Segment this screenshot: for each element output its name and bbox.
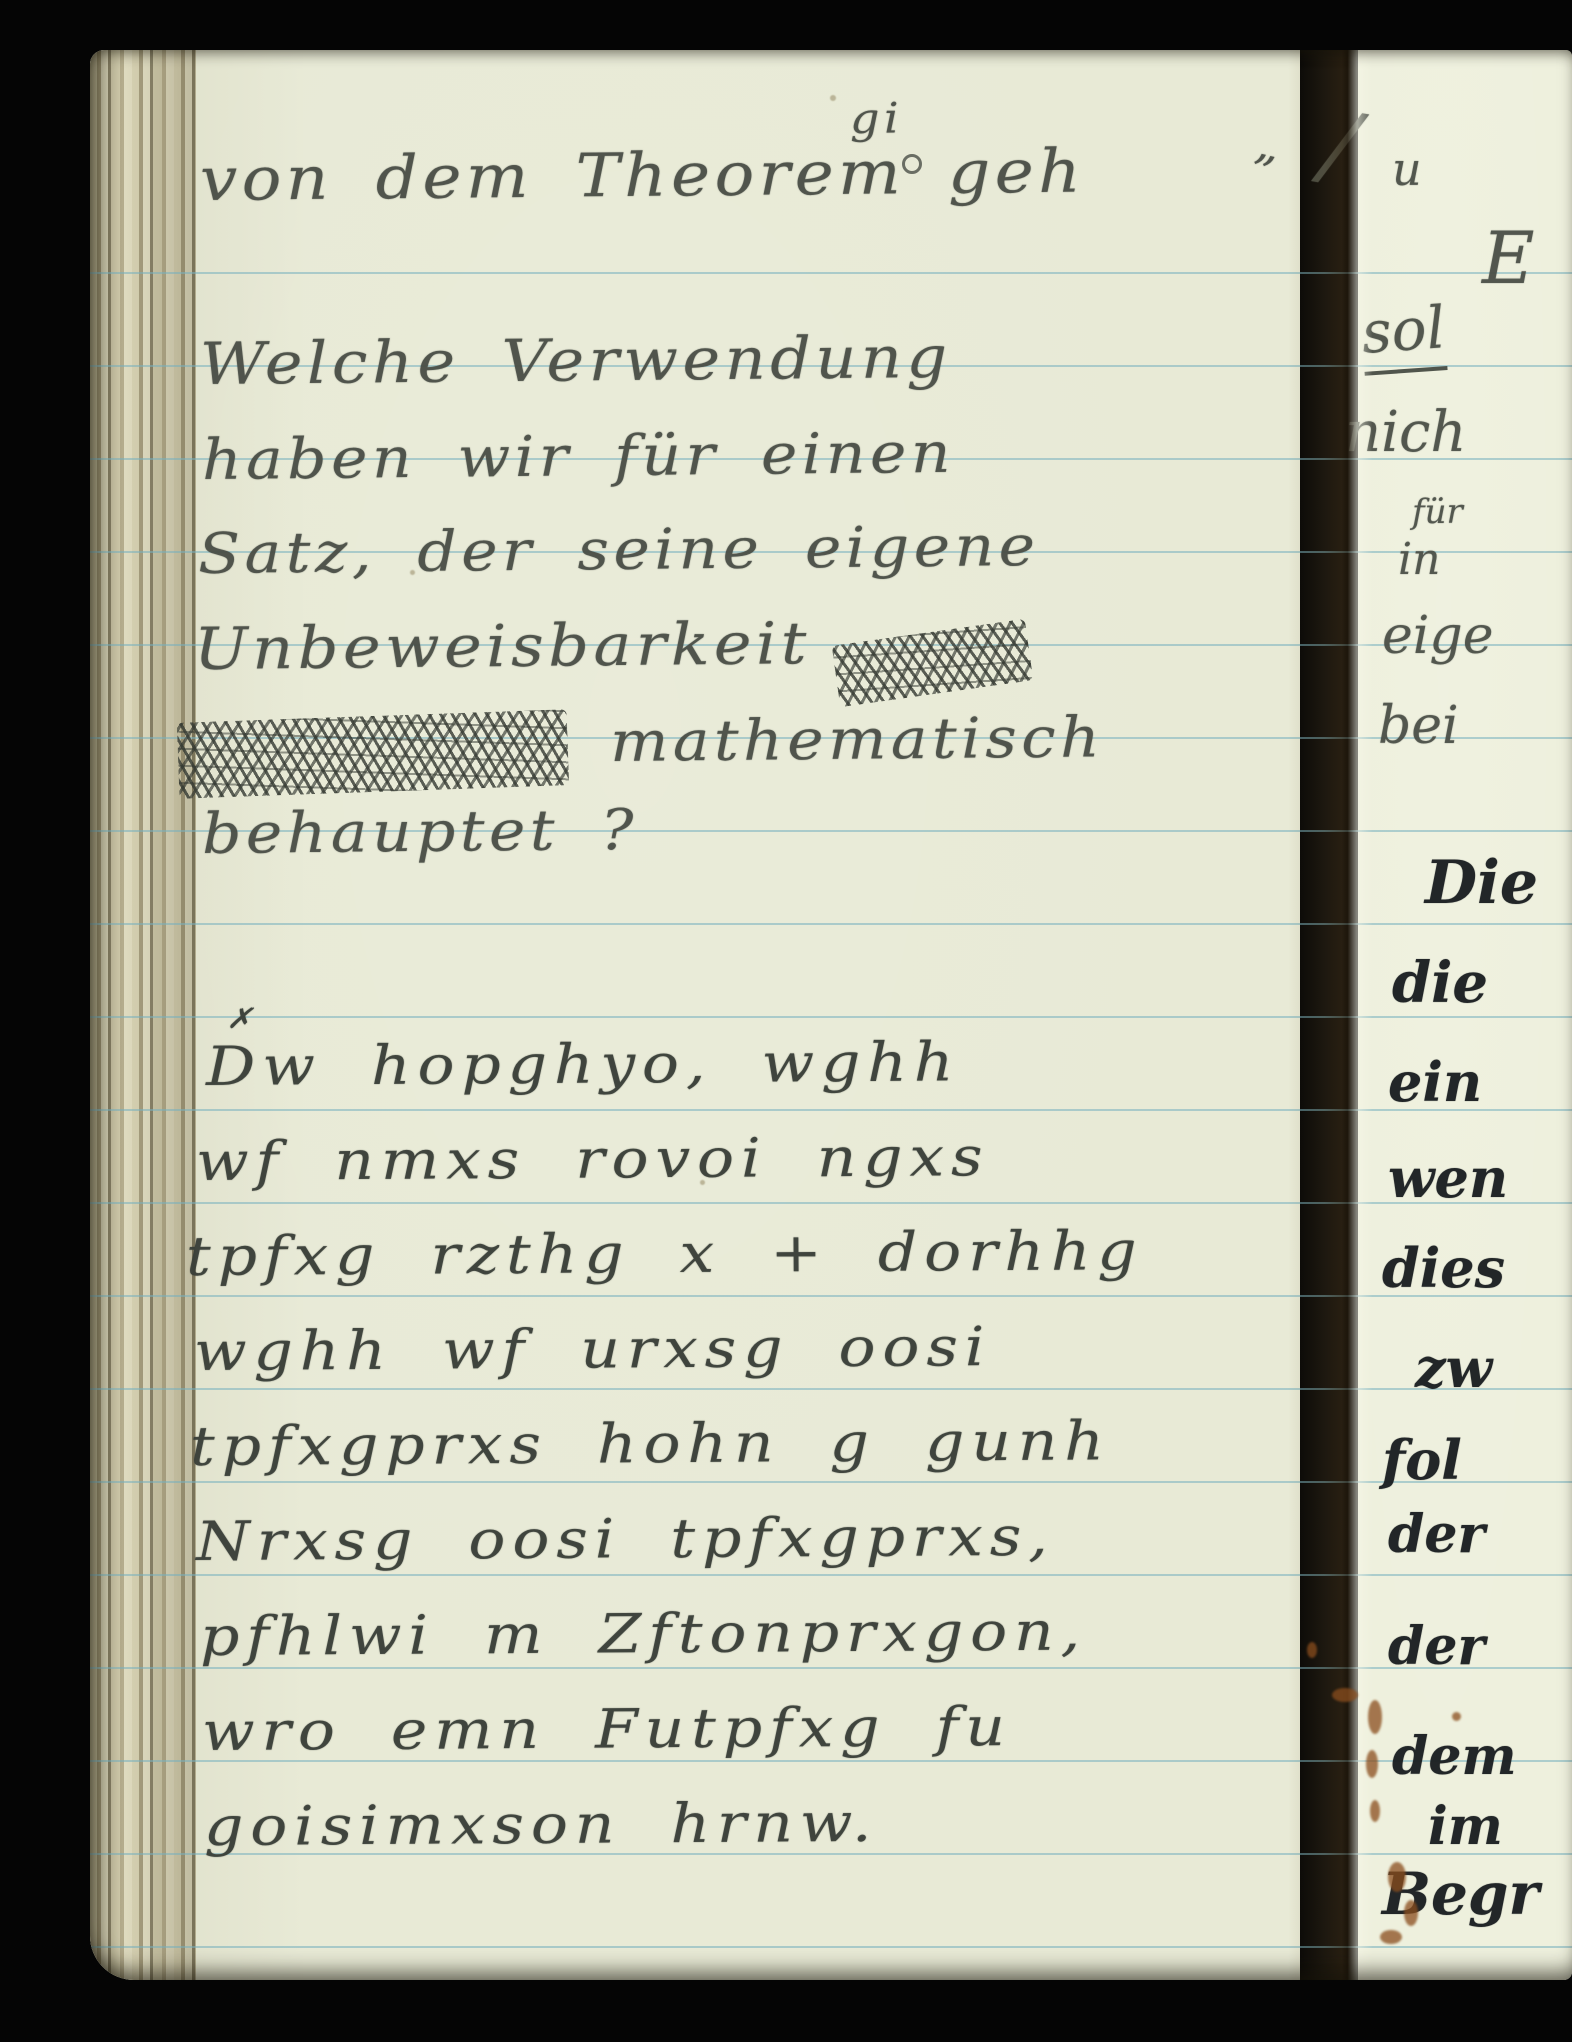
handwriting-line-cipher: pfhlwi m Zftonprxgon, <box>200 1600 1087 1668</box>
text-fragment: u <box>1392 142 1422 196</box>
text-fragment: die <box>1392 950 1488 1016</box>
foxing-spot <box>1404 1900 1418 1926</box>
text-fragment: der <box>1388 1504 1485 1565</box>
strikeout-scribble <box>177 709 569 799</box>
foxing-spot <box>1370 1800 1380 1822</box>
foxing-spot <box>1368 1700 1382 1734</box>
text-fragment: dies <box>1382 1236 1505 1300</box>
handwriting-line: haben wir für einen <box>202 421 956 493</box>
foxing-spot <box>1366 1750 1378 1778</box>
handwriting-line-cipher: tpfxg rzthg x + dorhhg <box>186 1219 1144 1288</box>
text-fragment: nich <box>1345 400 1466 465</box>
notebook-scan: von dem Theorem geh gi ” Welche Verwendu… <box>90 50 1572 1980</box>
handwriting-line: behauptet ? <box>202 798 639 867</box>
text-fragment: E <box>1482 216 1535 300</box>
foxing-spot <box>1452 1712 1461 1721</box>
text-fragment: bei <box>1378 696 1459 756</box>
handwriting-line-cipher: wghh wf urxsg oosi <box>194 1315 992 1383</box>
text-fragment: der <box>1388 1616 1485 1677</box>
text-fragment: eige <box>1382 606 1493 666</box>
handwriting-line-cipher: Dw hopghyo, wghh <box>206 1030 961 1098</box>
text-fragment: im <box>1428 1796 1503 1857</box>
text-fragment: Die <box>1425 848 1538 918</box>
text-fragment: fol <box>1382 1428 1462 1492</box>
foxing-spot <box>1380 1930 1402 1944</box>
text-fragment: sol <box>1362 296 1445 373</box>
paper-speck <box>830 95 836 101</box>
foxing-spot <box>1307 1642 1317 1658</box>
handwriting-line: mathematisch <box>610 705 1105 775</box>
handwriting-line-cipher: wf nmxs rovoi ngxs <box>196 1125 990 1193</box>
text-fragment: wen <box>1388 1146 1508 1210</box>
underlined-word: sol <box>1359 293 1447 376</box>
insertion-ring-mark <box>902 154 922 174</box>
foxing-spot <box>1388 1862 1406 1892</box>
page-edge-stack <box>90 50 196 1980</box>
handwriting-line: von dem Theorem geh <box>200 137 1086 215</box>
handwriting-line: Satz, der seine eigene <box>198 514 1040 587</box>
text-fragment: ein <box>1388 1050 1482 1114</box>
handwriting-line: Unbeweisbarkeit <box>194 609 812 683</box>
handwriting-line-cipher: tpfxgprxs hohn g gunh <box>190 1409 1111 1478</box>
handwriting-line-cipher: goisimxson hrnw. <box>204 1791 879 1858</box>
text-fragment: zw <box>1415 1336 1492 1400</box>
text-fragment: für <box>1412 492 1463 532</box>
handwriting-line-cipher: wro emn Futpfxg fu <box>202 1695 1012 1763</box>
handwriting-line: Welche Verwendung <box>200 323 952 398</box>
insertion-text: gi <box>850 93 904 143</box>
foxing-spot <box>1332 1688 1358 1702</box>
handwriting-line-cipher: Nrxsg oosi tpfxgprxs, <box>196 1505 1055 1573</box>
section-mark: ✗ <box>226 1002 260 1035</box>
text-fragment: dem <box>1392 1726 1516 1787</box>
text-fragment: in <box>1398 534 1440 585</box>
